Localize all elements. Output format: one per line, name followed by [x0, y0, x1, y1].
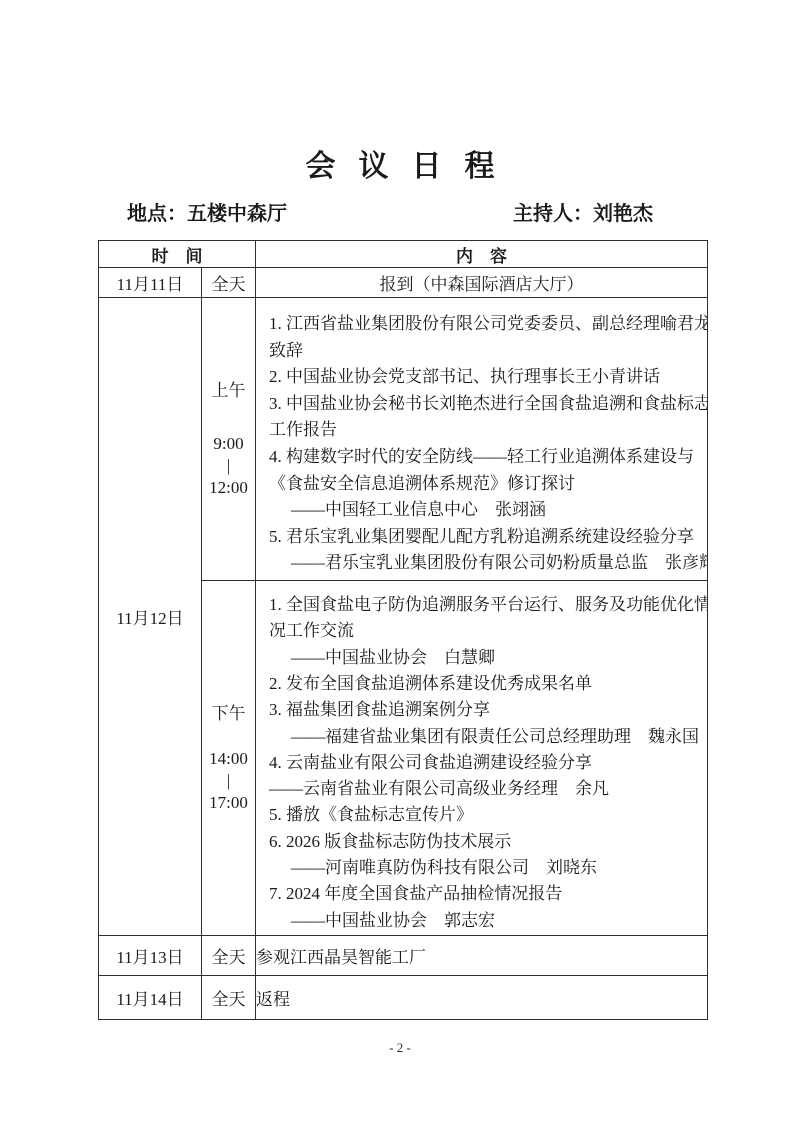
agenda-line: ——中国盐业协会 白慧卿: [269, 645, 701, 671]
session-start-time: 9:00: [202, 433, 255, 455]
content-cell: 报到（中森国际酒店大厅）: [256, 268, 708, 298]
agenda-line: ——云南省盐业有限公司高级业务经理 余凡: [269, 776, 701, 802]
agenda-line: 4. 云南盐业有限公司食盐追溯建设经验分享: [269, 750, 701, 776]
host-label: 主持人：刘艳杰: [513, 197, 653, 226]
date-cell: 11月11日: [99, 268, 202, 298]
agenda-line: 1. 江西省盐业集团股份有限公司党委委员、副总经理喻君龙: [269, 311, 701, 338]
agenda-line: 7. 2024 年度全国食盐产品抽检情况报告: [269, 881, 701, 907]
location-label: 地点：五楼中森厅: [127, 197, 287, 226]
agenda-line: ——福建省盐业集团有限责任公司总经理助理 魏永国: [269, 724, 701, 750]
agenda-table: 时间 内容 11月11日 全天 报到（中森国际酒店大厅） 11月12日 上午 9…: [98, 240, 708, 1020]
agenda-line: 3. 中国盐业协会秘书长刘艳杰进行全国食盐追溯和食盐标志: [269, 391, 701, 418]
time-cell: 全天: [202, 268, 256, 298]
agenda-line: 2. 中国盐业协会党支部书记、执行理事长王小青讲话: [269, 364, 701, 391]
table-row-nov13: 11月13日 全天 参观江西晶昊智能工厂: [99, 936, 708, 976]
agenda-line: 5. 播放《食盐标志宣传片》: [269, 802, 701, 828]
time-cell: 全天: [202, 936, 256, 976]
content-cell-afternoon: 1. 全国食盐电子防伪追溯服务平台运行、服务及功能优化情况工作交流——中国盐业协…: [256, 581, 708, 936]
time-cell-morning: 上午 9:00 | 12:00: [202, 298, 256, 581]
agenda-line: ——君乐宝乳业集团股份有限公司奶粉质量总监 张彦辉: [269, 550, 701, 577]
date-cell: 11月12日: [99, 298, 202, 936]
time-range-separator: |: [202, 770, 255, 792]
column-header-time: 时间: [99, 241, 256, 268]
session-start-time: 14:00: [202, 748, 255, 770]
content-cell: 返程: [256, 976, 708, 1020]
table-row-nov14: 11月14日 全天 返程: [99, 976, 708, 1020]
table-row-nov12-morning: 11月12日 上午 9:00 | 12:00 1. 江西省盐业集团股份有限公司党…: [99, 298, 708, 581]
agenda-lines: 1. 全国食盐电子防伪追溯服务平台运行、服务及功能优化情况工作交流——中国盐业协…: [256, 582, 707, 934]
agenda-line: 1. 全国食盐电子防伪追溯服务平台运行、服务及功能优化情: [269, 592, 701, 618]
session-end-time: 17:00: [202, 792, 255, 814]
agenda-line: 况工作交流: [269, 618, 701, 644]
column-header-time-text: 时间: [152, 247, 220, 266]
meta-line: 地点：五楼中森厅 主持人：刘艳杰: [0, 197, 800, 223]
page-title: 会议日程: [0, 141, 800, 185]
time-range-separator: |: [202, 455, 255, 477]
table-row-nov11: 11月11日 全天 报到（中森国际酒店大厅）: [99, 268, 708, 298]
time-cell-afternoon: 下午 14:00 | 17:00: [202, 581, 256, 936]
date-cell: 11月13日: [99, 936, 202, 976]
column-header-content: 内容: [256, 241, 708, 268]
date-cell: 11月14日: [99, 976, 202, 1020]
content-cell-morning: 1. 江西省盐业集团股份有限公司党委委员、副总经理喻君龙致辞2. 中国盐业协会党…: [256, 298, 708, 581]
agenda-line: 致辞: [269, 338, 701, 365]
agenda-lines: 1. 江西省盐业集团股份有限公司党委委员、副总经理喻君龙致辞2. 中国盐业协会党…: [256, 301, 707, 577]
table-header-row: 时间 内容: [99, 241, 708, 268]
agenda-line: ——中国轻工业信息中心 张翊涵: [269, 497, 701, 524]
session-end-time: 12:00: [202, 477, 255, 499]
session-period: 上午: [202, 379, 255, 403]
content-cell: 参观江西晶昊智能工厂: [256, 936, 708, 976]
agenda-line: 工作报告: [269, 417, 701, 444]
session-period: 下午: [202, 702, 255, 726]
document-page: 会议日程 地点：五楼中森厅 主持人：刘艳杰 时间 内容 11月11日 全天 报到…: [0, 0, 800, 1131]
agenda-line: ——中国盐业协会 郭志宏: [269, 908, 701, 934]
page-title-text: 会议日程: [306, 150, 518, 183]
agenda-line: 6. 2026 版食盐标志防伪技术展示: [269, 829, 701, 855]
agenda-line: 5. 君乐宝乳业集团婴配儿配方乳粉追溯系统建设经验分享: [269, 524, 701, 551]
time-cell: 全天: [202, 976, 256, 1020]
agenda-line: ——河南唯真防伪科技有限公司 刘晓东: [269, 855, 701, 881]
agenda-line: 3. 福盐集团食盐追溯案例分享: [269, 697, 701, 723]
agenda-line: 4. 构建数字时代的安全防线——轻工行业追溯体系建设与: [269, 444, 701, 471]
agenda-line: 2. 发布全国食盐追溯体系建设优秀成果名单: [269, 671, 701, 697]
agenda-line: 《食盐安全信息追溯体系规范》修订探讨: [269, 471, 701, 498]
column-header-content-text: 内容: [456, 247, 524, 266]
page-number: - 2 -: [0, 1040, 800, 1056]
